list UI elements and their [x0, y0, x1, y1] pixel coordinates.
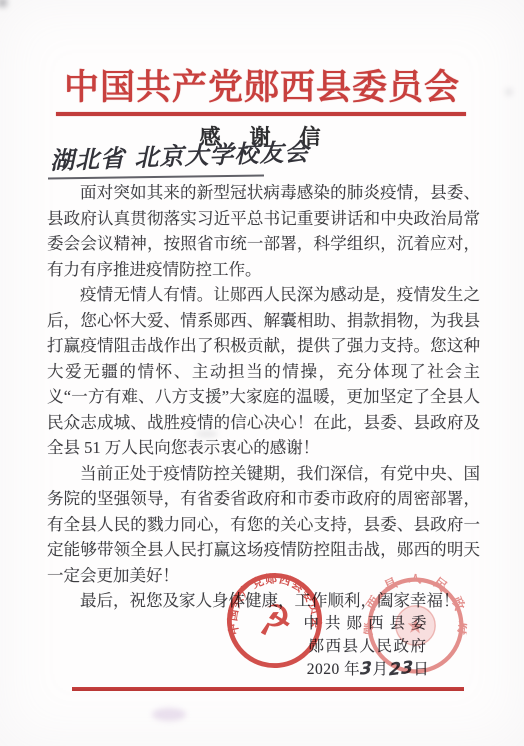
date-day-unit: 日: [413, 661, 429, 678]
letter-page: 中国共产党郧西县委员会 感 谢 信 湖北省 北京大学校友会 面对突如其来的新型冠…: [0, 0, 524, 746]
date-month-unit: 月: [373, 661, 389, 678]
letter-body: 面对突如其来的新型冠状病毒感染的肺炎疫情，县委、县政府认真贯彻落实习近平总书记重…: [47, 180, 480, 614]
scan-smudge: [152, 708, 186, 721]
signature-date: 2020 年3月23日: [293, 658, 443, 681]
scan-smudge: [0, 0, 7, 7]
date-month-handwritten: 3: [360, 657, 373, 682]
paragraph-4: 最后，祝您及家人身体健康，工作顺利，阖家幸福！: [47, 588, 480, 614]
paragraph-1: 面对突如其来的新型冠状病毒感染的肺炎疫情，县委、县政府认真贯彻落实习近平总书记重…: [47, 180, 480, 282]
date-day-handwritten: 23: [388, 657, 413, 683]
title-divider: [56, 112, 466, 116]
salutation-underline: [48, 174, 264, 179]
signature-org-party: 中共郧西县委: [293, 612, 443, 635]
paragraph-2: 疫情无情人有情。让郧西人民深为感动是，疫情发生之后，您心怀大爱、情系郧西、解囊相…: [47, 282, 480, 461]
org-title: 中国共产党郧西县委员会: [0, 60, 524, 110]
date-year: 2020 年: [307, 661, 360, 678]
signature-org-gov: 郧西县人民政府: [293, 635, 443, 658]
paragraph-3: 当前正处于疫情防控关键期，我们深信，有党中央、国务院的坚强领导，有省委省政府和市…: [47, 461, 480, 589]
footer-divider: [72, 687, 464, 691]
signature-block: 中共郧西县委 郧西县人民政府 2020 年3月23日: [293, 612, 443, 681]
